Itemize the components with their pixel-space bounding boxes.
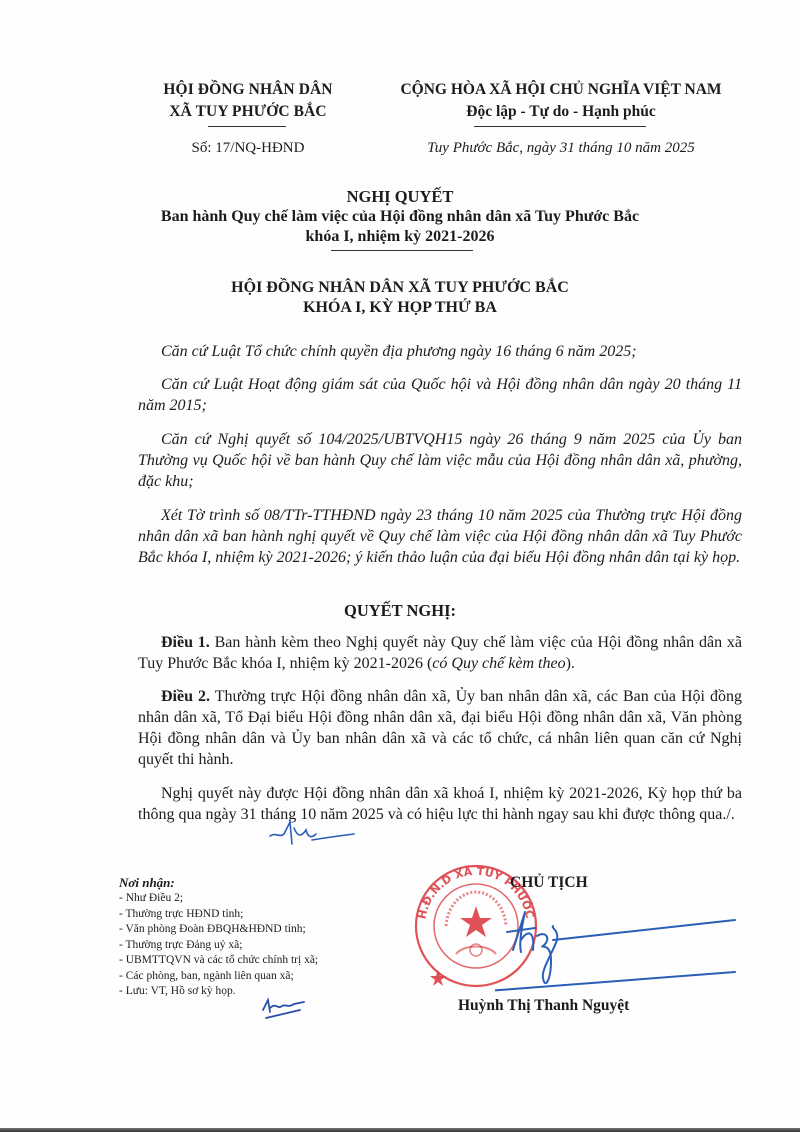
- document-title: NGHỊ QUYẾT Ban hành Quy chế làm việc của…: [100, 186, 700, 247]
- recipient-item: - Lưu: VT, Hồ sơ kỳ họp.: [119, 984, 399, 1000]
- national-header: CỘNG HÒA XÃ HỘI CHỦ NGHĨA VIỆT NAM Độc l…: [375, 79, 747, 123]
- preamble-item: Căn cứ Luật Hoạt động giám sát của Quốc …: [138, 374, 742, 416]
- initials-signature-icon: [268, 818, 358, 848]
- signer-name: Huỳnh Thị Thanh Nguyệt: [458, 997, 718, 1015]
- preamble-item: Căn cứ Luật Tổ chức chính quyền địa phươ…: [138, 341, 742, 362]
- place-date: Tuy Phước Bắc, ngày 31 tháng 10 năm 2025: [375, 140, 747, 157]
- preamble-item: Xét Tờ trình số 08/TTr-TTHĐND ngày 23 th…: [138, 505, 742, 568]
- decision-heading: QUYẾT NGHỊ:: [100, 601, 700, 621]
- national-motto: Độc lập - Tự do - Hạnh phúc: [375, 101, 747, 123]
- authority-line1: HỘI ĐỒNG NHÂN DÂN XÃ TUY PHƯỚC BẮC: [100, 278, 700, 298]
- signer-position: CHỦ TỊCH: [510, 874, 640, 892]
- article-2: Điều 2. Thường trực Hội đồng nhân dân xã…: [138, 686, 742, 770]
- recipient-item: - Như Điều 2;: [119, 891, 399, 907]
- handwritten-signature-icon: [495, 900, 740, 1000]
- title-underline: [331, 250, 473, 251]
- article-2-text: Thường trực Hội đồng nhân dân xã, Ủy ban…: [138, 688, 742, 768]
- document-page: HỘI ĐỒNG NHÂN DÂN XÃ TUY PHƯỚC BẮC Số: 1…: [0, 0, 800, 1132]
- recipients-heading: Nơi nhận:: [119, 875, 399, 891]
- article-1-note: có Quy chế kèm theo: [432, 655, 565, 672]
- closing-paragraph: Nghị quyết này được Hội đồng nhân dân xã…: [138, 783, 742, 825]
- issuer-line1: HỘI ĐỒNG NHÂN DÂN: [128, 79, 368, 101]
- recipient-item: - Văn phòng Đoàn ĐBQH&HĐND tỉnh;: [119, 922, 399, 938]
- recipient-item: - Thường trực HĐND tỉnh;: [119, 907, 399, 923]
- recipients-list: Nơi nhận: - Như Điều 2; - Thường trực HĐ…: [119, 875, 399, 1000]
- authority-heading: HỘI ĐỒNG NHÂN DÂN XÃ TUY PHƯỚC BẮC KHÓA …: [100, 278, 700, 318]
- scan-edge: [0, 1128, 800, 1132]
- recipient-item: - UBMTTQVN và các tổ chức chính trị xã;: [119, 953, 399, 969]
- recipient-item: - Thường trực Đảng uỷ xã;: [119, 938, 399, 954]
- issuer-line2: XÃ TUY PHƯỚC BẮC: [128, 101, 368, 123]
- issuer-block: HỘI ĐỒNG NHÂN DÂN XÃ TUY PHƯỚC BẮC: [128, 79, 368, 123]
- preamble-item: Căn cứ Nghị quyết số 104/2025/UBTVQH15 n…: [138, 429, 742, 492]
- article-1-label: Điều 1.: [161, 634, 210, 651]
- subject-line1: Ban hành Quy chế làm việc của Hội đồng n…: [100, 207, 700, 227]
- document-number: Số: 17/NQ-HĐND: [128, 140, 368, 157]
- motto-underline: [474, 126, 646, 127]
- doc-type: NGHỊ QUYẾT: [100, 186, 700, 207]
- recipient-item: - Các phòng, ban, ngành liên quan xã;: [119, 969, 399, 985]
- article-1-tail: ).: [566, 655, 575, 672]
- issuer-underline: [208, 126, 286, 127]
- article-2-label: Điều 2.: [161, 688, 210, 705]
- archive-initials-icon: [260, 996, 310, 1022]
- article-1: Điều 1. Ban hành kèm theo Nghị quyết này…: [138, 632, 742, 674]
- subject-line2: khóa I, nhiệm kỳ 2021-2026: [100, 227, 700, 247]
- national-title: CỘNG HÒA XÃ HỘI CHỦ NGHĨA VIỆT NAM: [375, 79, 747, 101]
- authority-line2: KHÓA I, KỲ HỌP THỨ BA: [100, 298, 700, 318]
